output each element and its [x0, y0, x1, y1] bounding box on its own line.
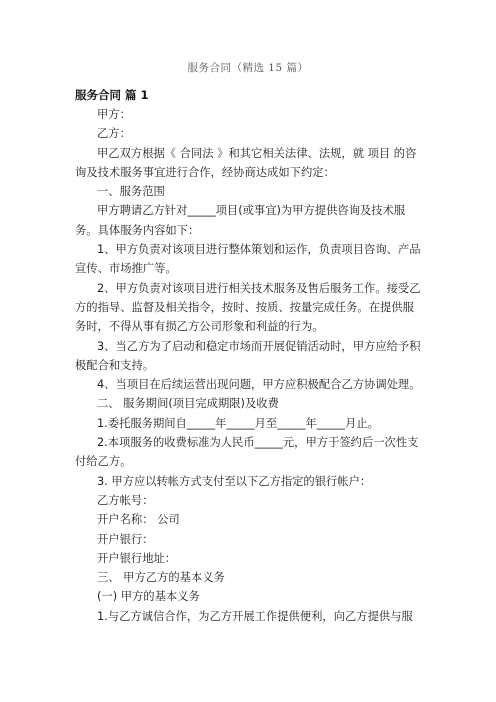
clause-heading-scope: 一、服务范围	[75, 182, 422, 201]
bank-account-line: 乙方帐号：	[75, 491, 422, 510]
document-body: 服务合同 篇 1 甲方： 乙方： 甲乙双方根据《 合同法 》和其它相关法律、法规…	[75, 86, 422, 626]
party-a-line: 甲方：	[75, 105, 422, 124]
section-heading: 服务合同 篇 1	[75, 86, 422, 105]
scope-item-2: 2、甲方负责对该项目进行相关技术服务及售后服务工作。接受乙方的指导、监督及相关指…	[75, 279, 422, 337]
obligation-item-1: 1.与乙方诚信合作，为乙方开展工作提供便利，向乙方提供与服	[75, 607, 422, 626]
scope-paragraph: 甲方聘请乙方针对_____项目(或事宜)为甲方提供咨询及技术服务。具体服务内容如…	[75, 201, 422, 240]
bank-name-line: 开户银行：	[75, 530, 422, 549]
term-item-1: 1.委托服务期间自_____年_____月至_____年_____月止。	[75, 414, 422, 433]
party-b-line: 乙方：	[75, 124, 422, 143]
scope-item-4: 4、当项目在后续运营出现问题，甲方应积极配合乙方协调处理。	[75, 375, 422, 394]
term-item-3: 3. 甲方应以转帐方式支付至以下乙方指定的银行帐户：	[75, 472, 422, 491]
clause-heading-term: 二、 服务期间(项目完成期限)及收费	[75, 394, 422, 413]
sub-heading-party-a-obligations: (一) 甲方的基本义务	[75, 587, 422, 606]
intro-paragraph: 甲乙双方根据《 合同法 》和其它相关法律、法规，就 项目 的咨询及技术服务事宜进…	[75, 144, 422, 183]
document-title: 服务合同（精选 15 篇）	[0, 60, 496, 75]
account-name-line: 开户名称： 公司	[75, 510, 422, 529]
bank-address-line: 开户银行地址：	[75, 549, 422, 568]
scope-item-3: 3、当乙方为了启动和稳定市场而开展促销活动时，甲方应给予积极配合和支持。	[75, 337, 422, 376]
term-item-2: 2.本项服务的收费标准为人民币_____元，甲方于签约后一次性支付给乙方。	[75, 433, 422, 472]
clause-heading-obligations: 三、 甲方乙方的基本义务	[75, 568, 422, 587]
scope-item-1: 1、甲方负责对该项目进行整体策划和运作，负责项目咨询、产品宣传、市场推广等。	[75, 240, 422, 279]
